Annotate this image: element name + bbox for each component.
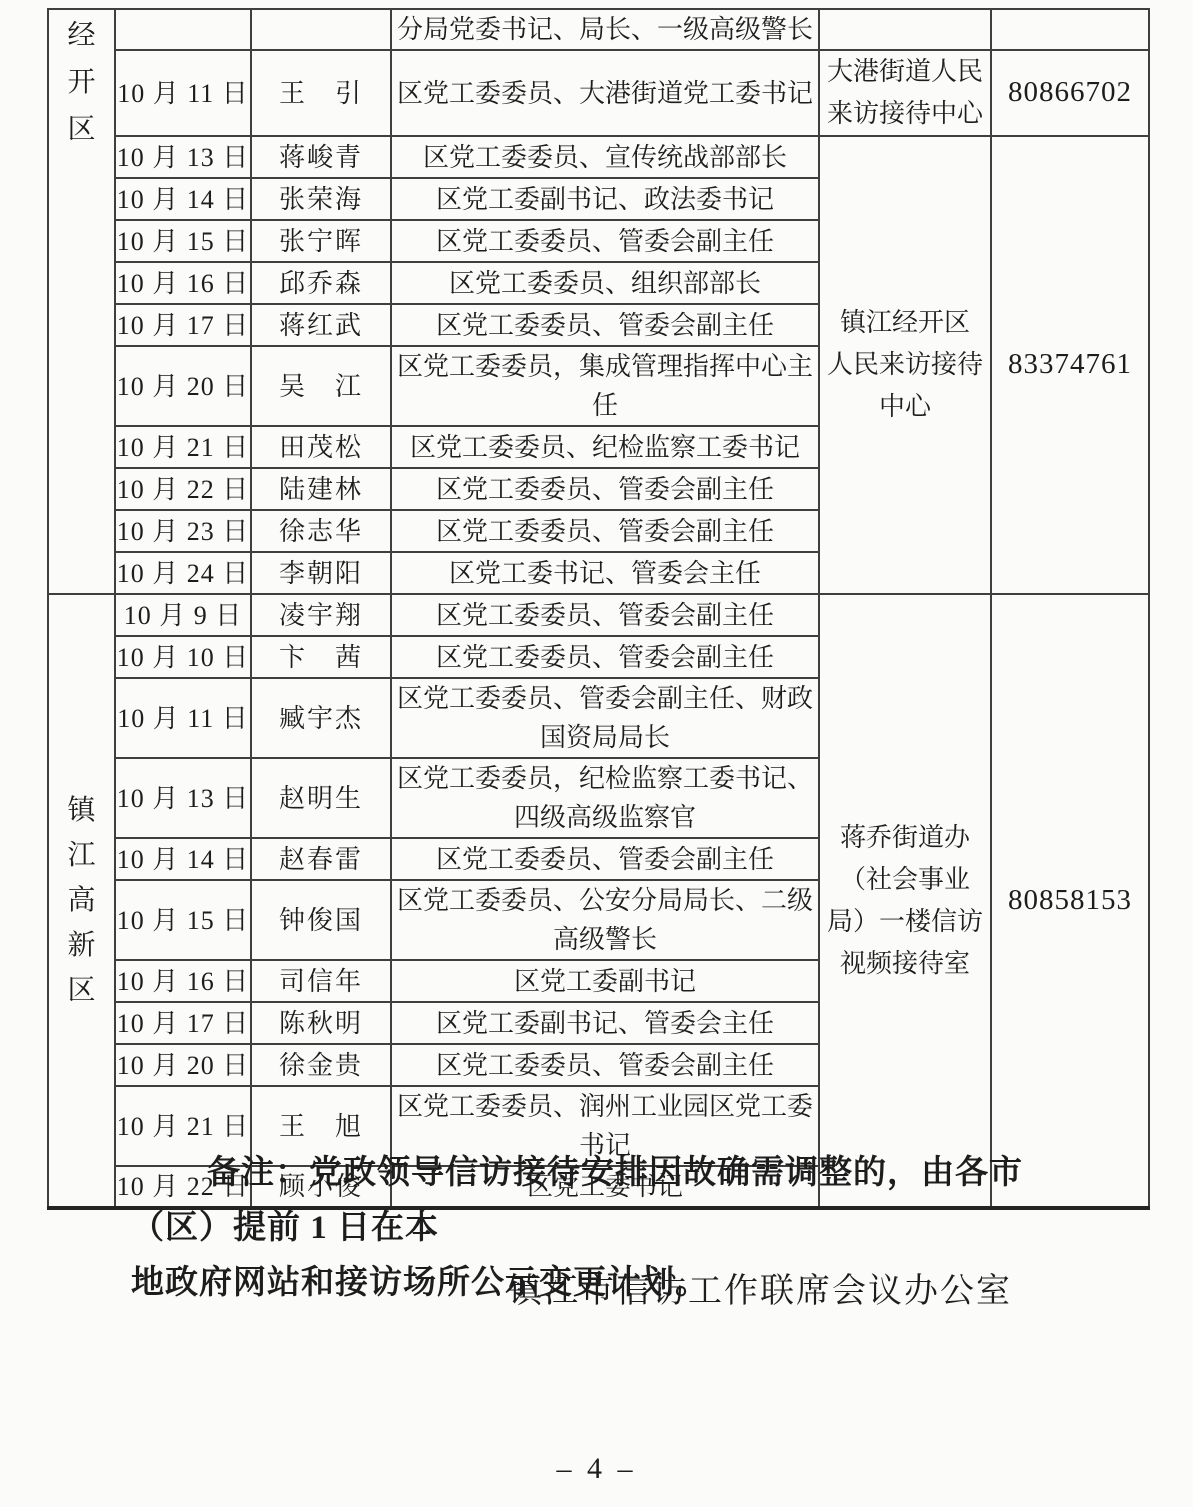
- location-cell: 大港街道人民 来访接待中心: [819, 50, 991, 136]
- table-row: 经开区 分局党委书记、局长、一级高级警长: [48, 9, 1149, 50]
- name-cell: 王 引: [251, 50, 391, 136]
- date-cell: 10 月 10 日: [115, 636, 251, 678]
- date-cell: 10 月 15 日: [115, 880, 251, 960]
- issuing-office-signature: 镇江市信访工作联席会议办公室: [0, 1263, 1012, 1312]
- phone-cell: 83374761: [991, 136, 1149, 594]
- date-cell: 10 月 13 日: [115, 136, 251, 178]
- title-cell: 区党工委委员、管委会副主任: [391, 304, 819, 346]
- phone-cell: 80866702: [991, 50, 1149, 136]
- region-label: 经开区: [65, 10, 99, 153]
- petition-reception-schedule-table: 经开区 分局党委书记、局长、一级高级警长 10 月 11 日 王 引 区党工委委…: [47, 8, 1150, 1210]
- title-cell: 区党工委委员、公安分局局长、二级 高级警长: [391, 880, 819, 960]
- name-cell: 卞 茜: [251, 636, 391, 678]
- date-cell: 10 月 14 日: [115, 178, 251, 220]
- title-cell: 区党工委书记、管委会主任: [391, 552, 819, 594]
- location-cell: 镇江经开区 人民来访接待 中心: [819, 136, 991, 594]
- title-cell: 区党工委委员、管委会副主任: [391, 1044, 819, 1086]
- name-cell: 臧宇杰: [251, 678, 391, 758]
- title-cell: 区党工委委员、宣传统战部部长: [391, 136, 819, 178]
- date-cell: 10 月 11 日: [115, 50, 251, 136]
- phone-cell: [991, 9, 1149, 50]
- date-cell: 10 月 17 日: [115, 1002, 251, 1044]
- name-cell: 徐金贵: [251, 1044, 391, 1086]
- date-cell: 10 月 13 日: [115, 758, 251, 838]
- title-cell: 区党工委委员、管委会副主任: [391, 510, 819, 552]
- title-cell: 区党工委副书记、管委会主任: [391, 1002, 819, 1044]
- date-cell: [115, 9, 251, 50]
- date-cell: 10 月 21 日: [115, 426, 251, 468]
- phone-cell: 80858153: [991, 594, 1149, 1208]
- title-cell: 区党工委委员、管委会副主任: [391, 838, 819, 880]
- title-cell: 区党工委委员、管委会副主任: [391, 220, 819, 262]
- name-cell: 蒋峻青: [251, 136, 391, 178]
- name-cell: 司信年: [251, 960, 391, 1002]
- table-row: 10 月 13 日 蒋峻青 区党工委委员、宣传统战部部长 镇江经开区 人民来访接…: [48, 136, 1149, 178]
- date-cell: 10 月 15 日: [115, 220, 251, 262]
- name-cell: 邱乔森: [251, 262, 391, 304]
- name-cell: 蒋红武: [251, 304, 391, 346]
- name-cell: 凌宇翔: [251, 594, 391, 636]
- title-cell: 区党工委委员，集成管理指挥中心主任: [391, 346, 819, 426]
- title-cell: 区党工委委员、管委会副主任: [391, 636, 819, 678]
- title-cell: 区党工委委员、大港街道党工委书记: [391, 50, 819, 136]
- title-cell: 区党工委副书记: [391, 960, 819, 1002]
- location-cell: [819, 9, 991, 50]
- date-cell: 10 月 20 日: [115, 1044, 251, 1086]
- name-cell: 吴 江: [251, 346, 391, 426]
- date-cell: 10 月 20 日: [115, 346, 251, 426]
- title-cell: 区党工委委员、管委会副主任、财政 国资局局长: [391, 678, 819, 758]
- title-cell: 区党工委委员、组织部部长: [391, 262, 819, 304]
- name-cell: 徐志华: [251, 510, 391, 552]
- date-cell: 10 月 9 日: [115, 594, 251, 636]
- date-cell: 10 月 23 日: [115, 510, 251, 552]
- name-cell: 钟俊国: [251, 880, 391, 960]
- name-cell: [251, 9, 391, 50]
- title-cell: 区党工委副书记、政法委书记: [391, 178, 819, 220]
- name-cell: 陈秋明: [251, 1002, 391, 1044]
- title-cell: 分局党委书记、局长、一级高级警长: [391, 9, 819, 50]
- footnote-line-1: 备注：党政领导信访接待安排因故确需调整的，由各市（区）提前 1 日在本: [131, 1146, 1075, 1256]
- title-cell: 区党工委委员、纪检监察工委书记: [391, 426, 819, 468]
- date-cell: 10 月 16 日: [115, 262, 251, 304]
- name-cell: 陆建林: [251, 468, 391, 510]
- name-cell: 张荣海: [251, 178, 391, 220]
- date-cell: 10 月 24 日: [115, 552, 251, 594]
- location-cell: 蒋乔街道办 （社会事业 局）一楼信访 视频接待室: [819, 594, 991, 1208]
- name-cell: 赵春雷: [251, 838, 391, 880]
- table-row: 10 月 11 日 王 引 区党工委委员、大港街道党工委书记 大港街道人民 来访…: [48, 50, 1149, 136]
- region-label: 镇江高新区: [65, 788, 99, 1013]
- date-cell: 10 月 16 日: [115, 960, 251, 1002]
- date-cell: 10 月 11 日: [115, 678, 251, 758]
- name-cell: 李朝阳: [251, 552, 391, 594]
- title-cell: 区党工委委员、管委会副主任: [391, 468, 819, 510]
- name-cell: 赵明生: [251, 758, 391, 838]
- title-cell: 区党工委委员、管委会副主任: [391, 594, 819, 636]
- date-cell: 10 月 17 日: [115, 304, 251, 346]
- date-cell: 10 月 22 日: [115, 468, 251, 510]
- name-cell: 田茂松: [251, 426, 391, 468]
- region-cell: 经开区: [48, 9, 115, 594]
- name-cell: 张宁晖: [251, 220, 391, 262]
- table-row: 镇江高新区 10 月 9 日 凌宇翔 区党工委委员、管委会副主任 蒋乔街道办 （…: [48, 594, 1149, 636]
- region-cell: 镇江高新区: [48, 594, 115, 1208]
- title-cell: 区党工委委员，纪检监察工委书记、 四级高级监察官: [391, 758, 819, 838]
- page-number: – 4 –: [0, 1452, 1193, 1486]
- date-cell: 10 月 14 日: [115, 838, 251, 880]
